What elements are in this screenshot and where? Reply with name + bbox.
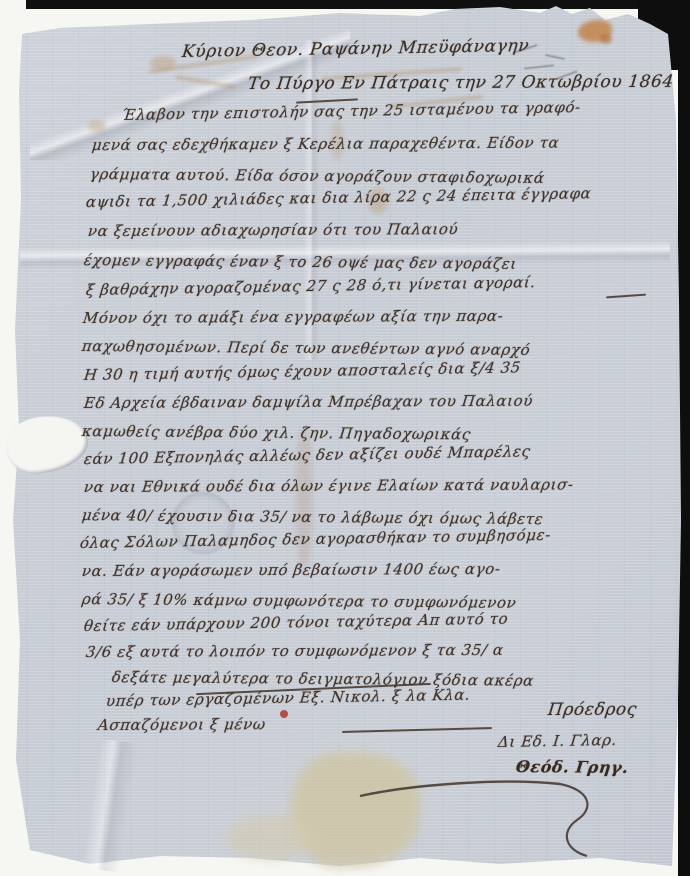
- scanned-letter-page: Κύριον Θεον. Ραψάνην Μπεϋφάναγην Το Πύργ…: [0, 0, 690, 876]
- red-wax-dot: [280, 710, 288, 718]
- body-line: μενά σας εδεχθήκαμεν ξ Κερέλια παραχεθέν…: [91, 134, 560, 154]
- body-line: ρά 35/ ξ 10% κάμνω συμφωνότερα το συμφων…: [81, 590, 517, 612]
- body-line: καμωθείς ανέβρα δύο χιλ. ζην. Πηγαδοχωρι…: [81, 422, 472, 443]
- body-line: έχομεν εγγραφάς έναν ξ το 26 οψέ μας δεν…: [83, 251, 518, 273]
- body-line: Μόνον όχι το αμάξι ένα εγγραφέων αξία τη…: [82, 307, 505, 327]
- body-line: Ασπαζόμενοι ξ μένω: [97, 715, 267, 734]
- closing-title: Πρόεδρος: [547, 700, 638, 720]
- signature-paraph-flourish: [355, 758, 655, 868]
- scanner-edge-top: [26, 0, 690, 9]
- body-line: να ναι Εθνικά ουδέ δια όλων έγινε Ελαίων…: [83, 475, 575, 496]
- body-line: Εδ Αρχεία έβδαιναν δαμψίλα Μπρέβαχαν του…: [83, 392, 534, 412]
- body-line: να. Εάν αγοράσωμεν υπό βεβαίωσιν 1400 έω…: [81, 560, 502, 580]
- closing-agent-line: Δι Εδ. Ι. Γλαρ.: [497, 731, 618, 751]
- body-line: 3/6 εξ αυτά το λοιπόν το συμφωνόμενον ξ …: [85, 641, 505, 661]
- dateline: Το Πύργο Εν Πάτραις την 27 Οκτωβρίου 186…: [247, 72, 675, 94]
- body-line: να ξεμείνουν αδιαχωρησίαν ότι του Παλαιο…: [87, 220, 459, 240]
